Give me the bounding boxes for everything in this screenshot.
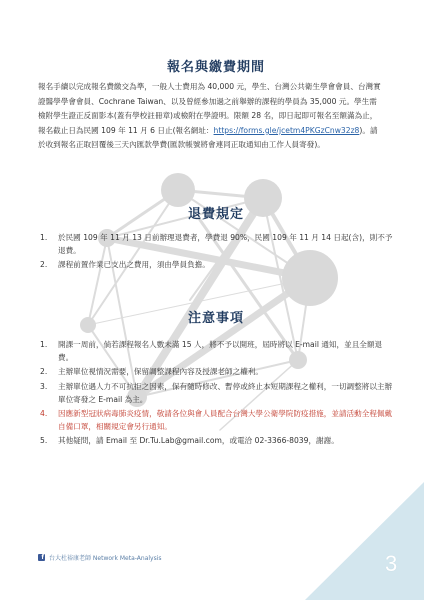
list-item: 1. 於民國 109 年 11 月 13 日前辦理退費者，學費退 90%，民國 … — [38, 231, 394, 257]
list-item: 2. 課程前置作業已支出之費用，須由學員負擔。 — [38, 258, 394, 271]
list-item-covid-warning: 4. 因應新型冠狀病毒肺炎疫情，敬請各位與會人員配合台灣大學公衛學院防疫措施，並… — [38, 407, 394, 433]
list-number: 2. — [40, 258, 47, 271]
list-text: 其他疑問，請 Email 至 Dr.Tu.Lab@gmail.com，或電洽 0… — [58, 436, 339, 445]
list-number: 4. — [40, 407, 47, 420]
list-text: 因應新型冠狀病毒肺炎疫情，敬請各位與會人員配合台灣大學公衛學院防疫措施，並請活動… — [58, 409, 392, 431]
list-number: 1. — [40, 231, 47, 244]
section-title-notes: 注意事項 — [38, 307, 394, 326]
list-text: 課程前置作業已支出之費用，須由學員負擔。 — [58, 260, 210, 269]
document-page: 報名與繳費期間 報名手續以完成報名費繳交為準，一般人士費用為 40,000 元，… — [0, 0, 424, 600]
section-title-refund: 退費規定 — [38, 203, 394, 222]
list-text: 開課一周前，倘若課程報名人數未滿 15 人，將不予以開班，屆時將以 E-mail… — [58, 340, 382, 362]
page-number: 3 — [385, 551, 397, 577]
list-text: 於民國 109 年 11 月 13 日前辦理退費者，學費退 90%，民國 109… — [58, 233, 392, 255]
list-item: 2. 主辦單位視情況需要，保留調整課程內容及授課老師之權利。 — [38, 365, 394, 378]
list-item: 1. 開課一周前，倘若課程報名人數未滿 15 人，將不予以開班，屆時將以 E-m… — [38, 338, 394, 364]
list-number: 5. — [40, 434, 47, 447]
list-item: 5. 其他疑問，請 Email 至 Dr.Tu.Lab@gmail.com，或電… — [38, 434, 394, 447]
list-number: 1. — [40, 338, 47, 351]
section-title-registration: 報名與繳費期間 — [38, 56, 394, 75]
registration-paragraph: 報名手續以完成報名費繳交為準，一般人士費用為 40,000 元，學生、台灣公共衛… — [38, 80, 384, 153]
list-number: 2. — [40, 365, 47, 378]
refund-list: 1. 於民國 109 年 11 月 13 日前辦理退費者，學費退 90%，民國 … — [38, 231, 394, 273]
footer-text[interactable]: 台大杜裕康老師 Network Meta-Analysis — [49, 553, 162, 562]
list-text: 主辦單位遇人力不可抗拒之因素，保有隨時修改、暫停或終止本短期課程之權利，一切調整… — [58, 382, 392, 404]
facebook-icon[interactable]: f — [38, 554, 45, 561]
list-number: 3. — [40, 380, 47, 393]
list-text: 主辦單位視情況需要，保留調整課程內容及授課老師之權利。 — [58, 367, 263, 376]
notes-list: 1. 開課一周前，倘若課程報名人數未滿 15 人，將不予以開班，屆時將以 E-m… — [38, 338, 394, 449]
registration-form-link[interactable]: https://forms.gle/jcetm4PKGzCnw32z8 — [214, 126, 360, 135]
footer: f 台大杜裕康老師 Network Meta-Analysis — [38, 553, 162, 562]
list-item: 3. 主辦單位遇人力不可抗拒之因素，保有隨時修改、暫停或終止本短期課程之權利，一… — [38, 380, 394, 406]
